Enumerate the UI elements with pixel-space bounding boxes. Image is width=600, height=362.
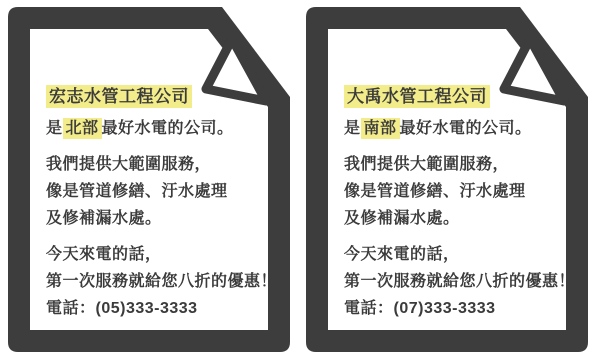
offer-paragraph: 今天來電的話， 第一次服務就給您八折的優惠！ 電話：(05)333-3333 <box>46 241 258 322</box>
region-suffix: 最好水電的公司。 <box>400 120 532 137</box>
offer-line: 第一次服務就給您八折的優惠！ <box>344 268 556 295</box>
note-card-south: 大禹水管工程公司 是南部最好水電的公司。 我們提供大範圍服務， 像是管道修繕、汙… <box>306 7 588 352</box>
note-content: 大禹水管工程公司 是南部最好水電的公司。 我們提供大範圍服務， 像是管道修繕、汙… <box>344 84 556 322</box>
note-content: 宏志水管工程公司 是北部最好水電的公司。 我們提供大範圍服務， 像是管道修繕、汙… <box>46 84 258 322</box>
offer-line: 今天來電的話， <box>46 241 258 268</box>
services-line: 我們提供大範圍服務， <box>46 151 258 178</box>
services-paragraph: 我們提供大範圍服務， 像是管道修繕、汙水處理 及修補漏水處。 <box>46 151 258 232</box>
services-line: 及修補漏水處。 <box>46 205 258 232</box>
region-highlight: 北部 <box>63 118 102 139</box>
services-line: 像是管道修繕、汙水處理 <box>46 178 258 205</box>
services-paragraph: 我們提供大範圍服務， 像是管道修繕、汙水處理 及修補漏水處。 <box>344 151 556 232</box>
region-prefix: 是 <box>344 120 361 137</box>
note-card-north: 宏志水管工程公司 是北部最好水電的公司。 我們提供大範圍服務， 像是管道修繕、汙… <box>8 7 290 352</box>
region-suffix: 最好水電的公司。 <box>102 120 234 137</box>
region-highlight: 南部 <box>361 118 400 139</box>
services-line: 我們提供大範圍服務， <box>344 151 556 178</box>
region-prefix: 是 <box>46 120 63 137</box>
offer-line: 第一次服務就給您八折的優惠！ <box>46 268 258 295</box>
company-name: 大禹水管工程公司 <box>344 85 490 108</box>
phone-line: 電話：(05)333-3333 <box>46 295 258 322</box>
phone-line: 電話：(07)333-3333 <box>344 295 556 322</box>
company-line: 宏志水管工程公司 <box>46 84 258 110</box>
offer-line: 今天來電的話， <box>344 241 556 268</box>
company-line: 大禹水管工程公司 <box>344 84 556 110</box>
services-line: 像是管道修繕、汙水處理 <box>344 178 556 205</box>
company-name: 宏志水管工程公司 <box>46 85 192 108</box>
services-line: 及修補漏水處。 <box>344 205 556 232</box>
region-line: 是北部最好水電的公司。 <box>46 116 258 142</box>
offer-paragraph: 今天來電的話， 第一次服務就給您八折的優惠！ 電話：(07)333-3333 <box>344 241 556 322</box>
region-line: 是南部最好水電的公司。 <box>344 116 556 142</box>
